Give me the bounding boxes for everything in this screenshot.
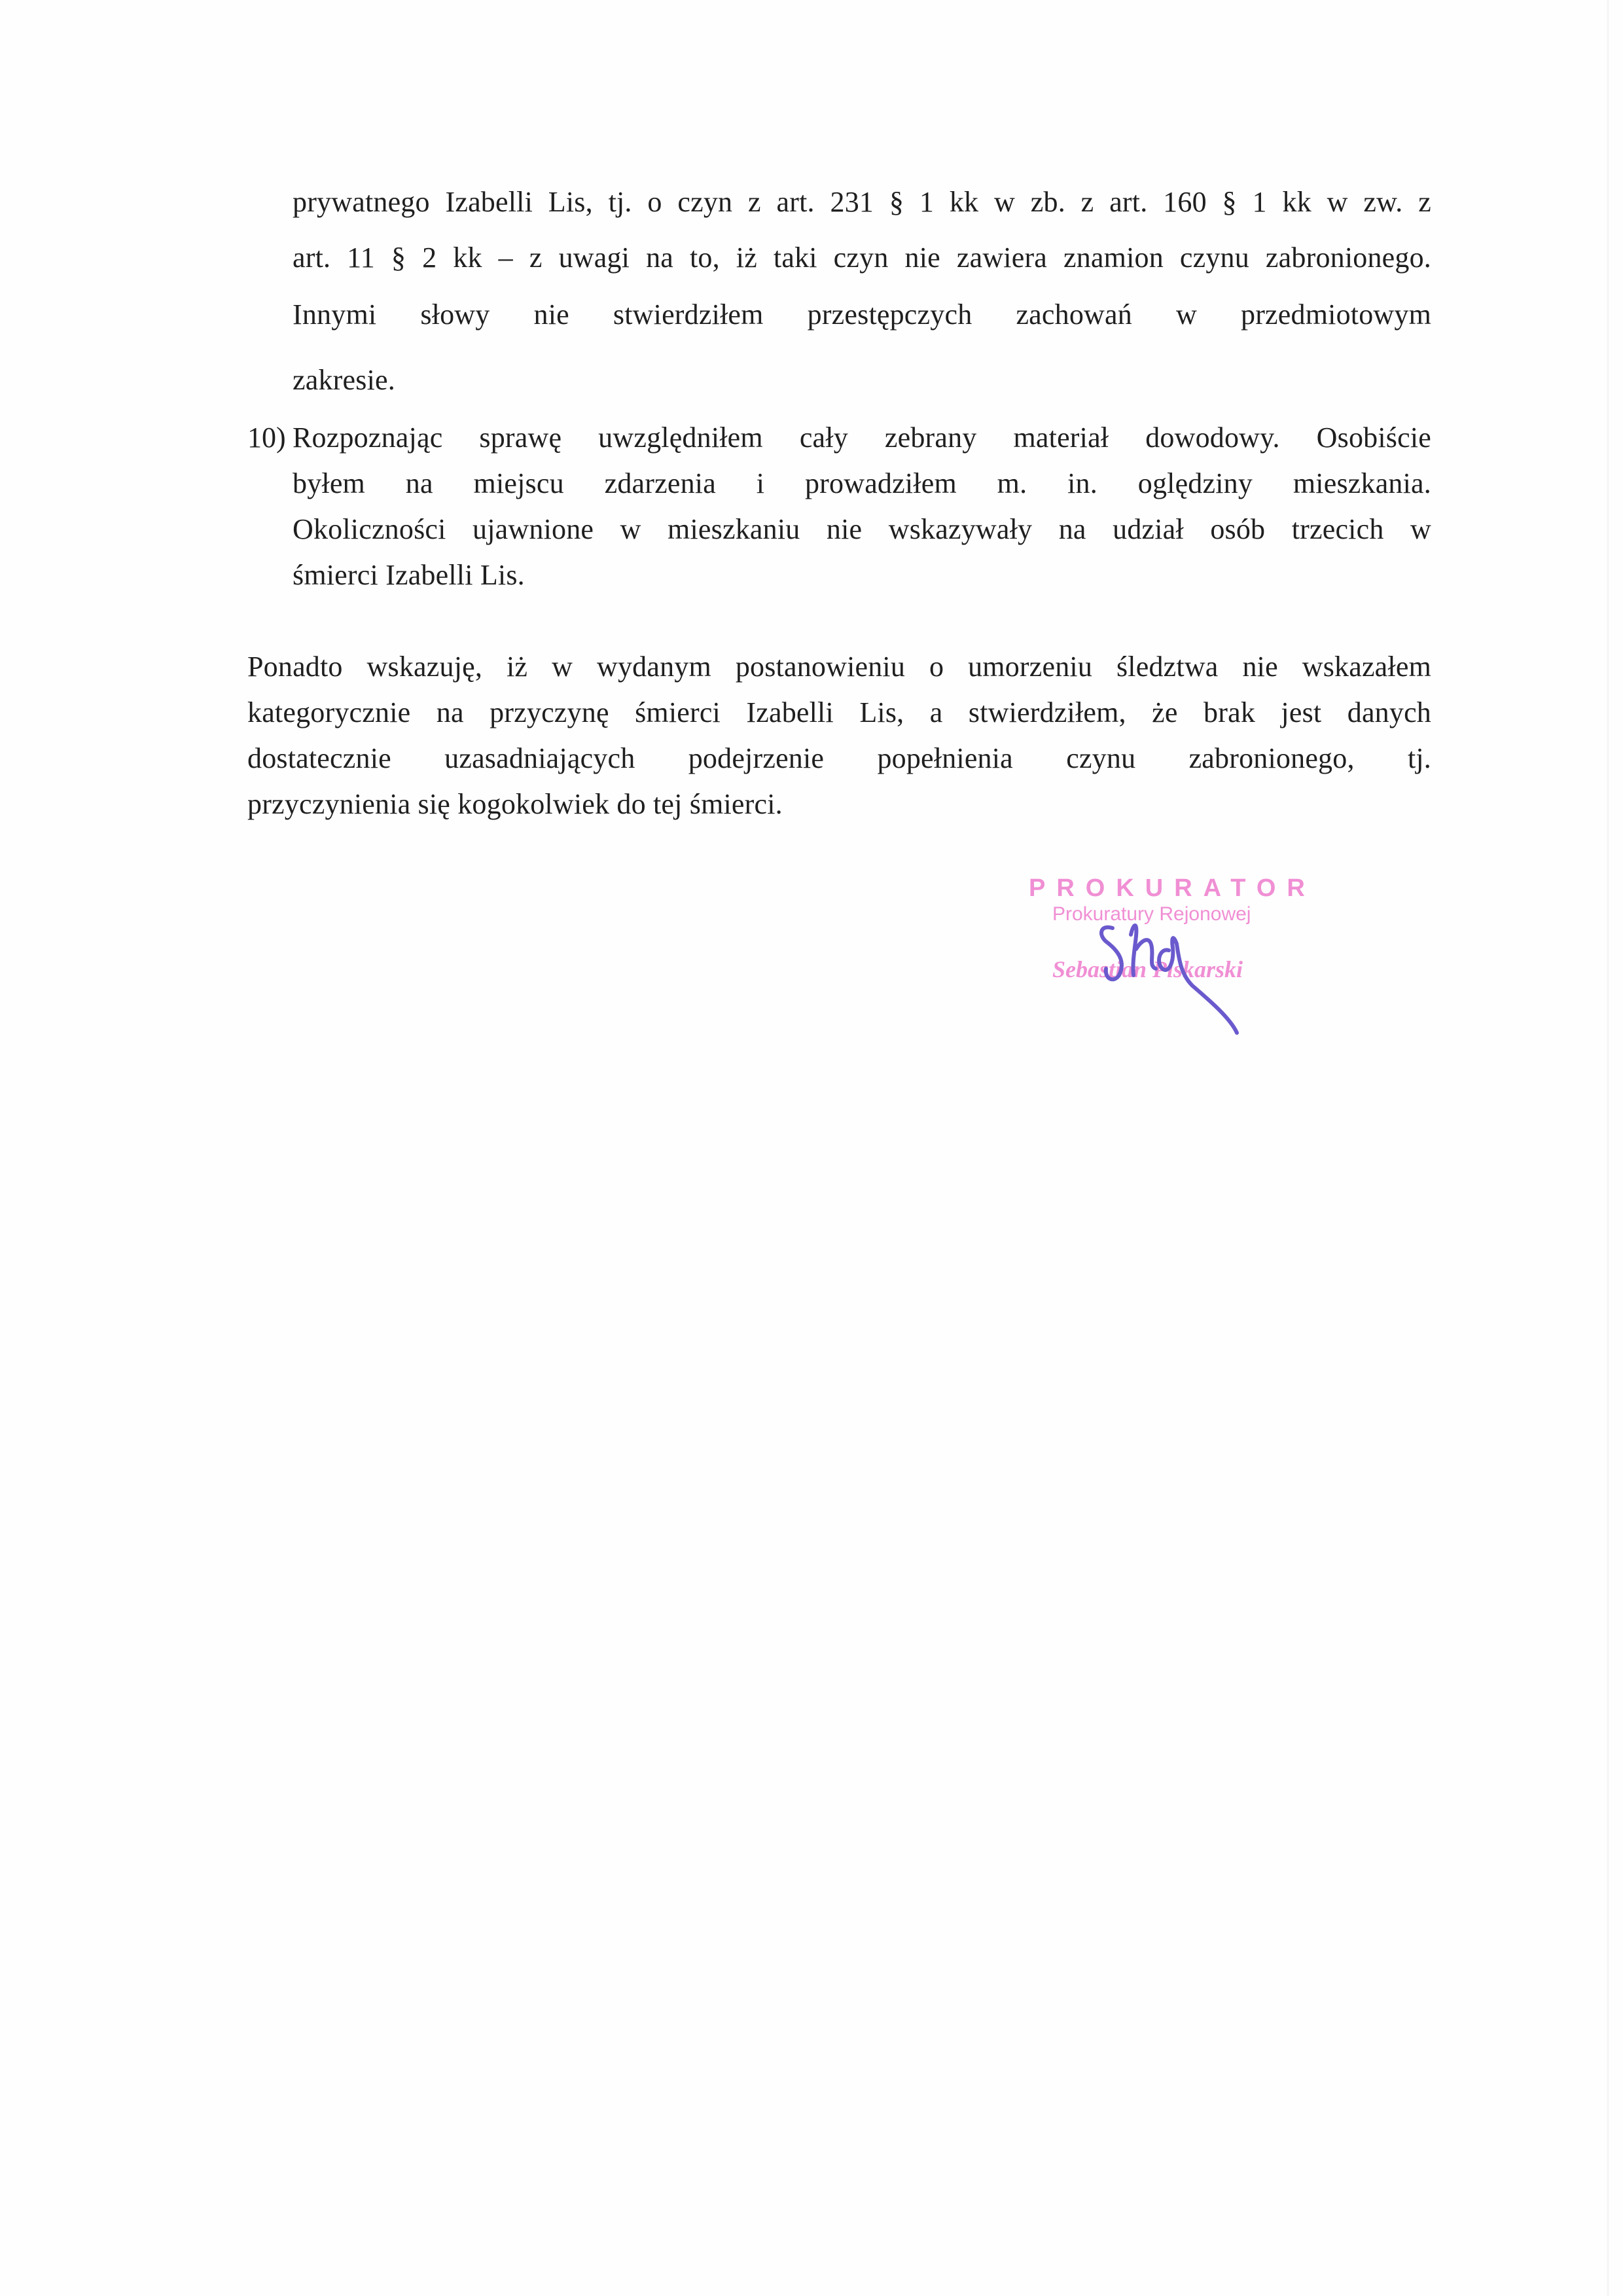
text-line: art. 11 § 2 kk – z uwagi na to, iż taki … (293, 241, 1431, 274)
text-line: Innymi słowy nie stwierdziłem przestępcz… (293, 298, 1431, 331)
scan-edge-artifact (1607, 0, 1609, 2296)
handwritten-signature-icon (1021, 870, 1335, 1041)
text-line: śmierci Izabelli Lis. (293, 558, 525, 592)
prosecutor-stamp: PROKURATOR Prokuratury Rejonowej Sebasti… (1021, 870, 1335, 1041)
text-line: Rozpoznając sprawę uwzględniłem cały zeb… (293, 421, 1431, 454)
text-line: dostatecznie uzasadniających podejrzenie… (247, 742, 1431, 775)
text-line: kategorycznie na przyczynę śmierci Izabe… (247, 696, 1431, 729)
text-line: Okoliczności ujawnione w mieszkaniu nie … (293, 512, 1431, 546)
text-line: zakresie. (293, 363, 395, 397)
list-number: 10) (247, 421, 286, 454)
text-line: prywatnego Izabelli Lis, tj. o czyn z ar… (293, 185, 1431, 219)
text-line: byłem na miejscu zdarzenia i prowadziłem… (293, 467, 1431, 500)
text-line: przyczynienia się kogokolwiek do tej śmi… (247, 787, 783, 821)
text-line: Ponadto wskazuję, iż w wydanym postanowi… (247, 650, 1431, 683)
